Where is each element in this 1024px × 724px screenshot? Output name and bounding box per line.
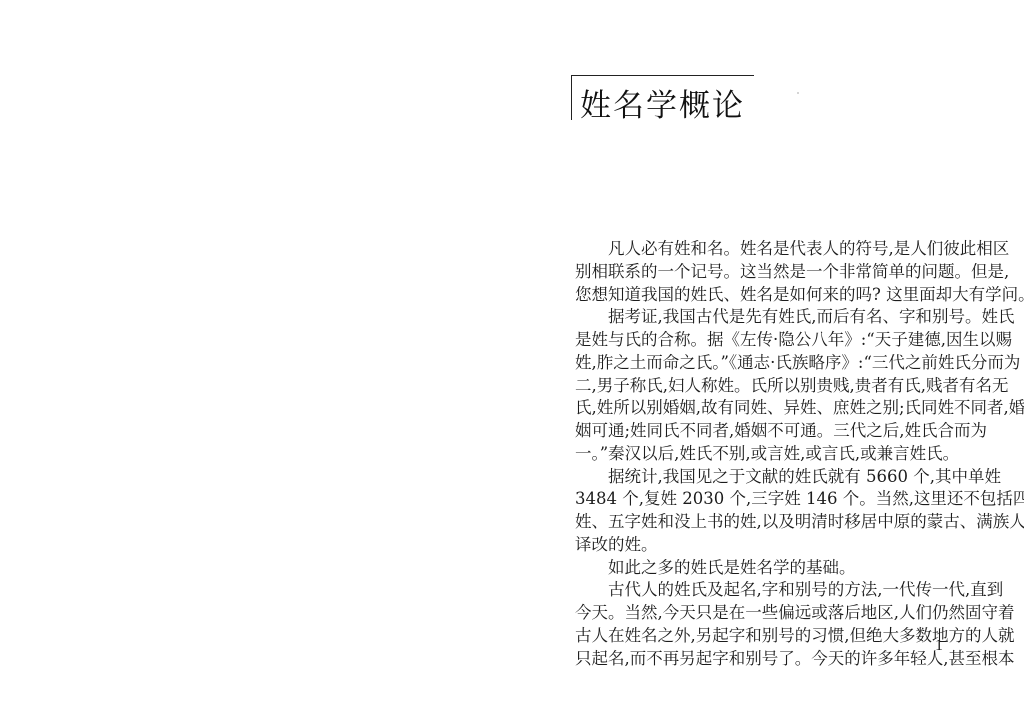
text-line: 据考证,我国古代是先有姓氏,而后有名、字和别号。姓氏 — [575, 306, 963, 329]
page-number: 1 — [935, 637, 943, 655]
text-line: 氏,姓所以别婚姻,故有同姓、异姓、庶姓之别;氏同姓不同者,婚 — [575, 397, 963, 420]
scan-speck — [705, 662, 707, 664]
text-line: 姓、五字姓和没上书的姓,以及明清时移居中原的蒙古、满族人 — [575, 511, 963, 534]
chapter-title-frame: 姓名学概论 — [571, 75, 754, 120]
scan-speck — [885, 651, 887, 653]
text-line: 3484 个,复姓 2030 个,三字姓 146 个。当然,这里还不包括四字 — [575, 488, 963, 511]
text-line: 古代人的姓氏及起名,字和别号的方法,一代传一代,直到 — [575, 579, 963, 602]
text-line: 如此之多的姓氏是姓名学的基础。 — [575, 557, 963, 580]
text-line: 您想知道我国的姓氏、姓名是如何来的吗? 这里面却大有学问。 — [575, 284, 963, 307]
text-line: 据统计,我国见之于文献的姓氏就有 5660 个,其中单姓 — [575, 466, 963, 489]
left-page-blank — [0, 0, 512, 724]
text-line: 姓,胙之土而命之氏。”《通志·氏族略序》:“三代之前姓氏分而为 — [575, 352, 963, 375]
text-line: 姻可通;姓同氏不同者,婚姻不可通。三代之后,姓氏合而为 — [575, 420, 963, 443]
text-line: 别相联系的一个记号。这当然是一个非常简单的问题。但是, — [575, 261, 963, 284]
chapter-title: 姓名学概论 — [580, 80, 745, 125]
text-line: 二,男子称氏,妇人称姓。氏所以别贵贱,贵者有氏,贱者有名无 — [575, 375, 963, 398]
book-spread: 姓名学概论 凡人必有姓和名。姓名是代表人的符号,是人们彼此相区别相联系的一个记号… — [0, 0, 1024, 724]
text-line: 古人在姓名之外,另起字和别号的习惯,但绝大多数地方的人就 — [575, 625, 963, 648]
scan-speck — [797, 92, 799, 94]
text-line: 是姓与氏的合称。据《左传·隐公八年》:“天子建德,因生以赐 — [575, 329, 963, 352]
text-line: 凡人必有姓和名。姓名是代表人的符号,是人们彼此相区 — [575, 238, 963, 261]
body-text: 凡人必有姓和名。姓名是代表人的符号,是人们彼此相区别相联系的一个记号。这当然是一… — [575, 238, 963, 670]
text-line: 只起名,而不再另起字和别号了。今天的许多年轻人,甚至根本 — [575, 648, 963, 671]
text-line: 一。”秦汉以后,姓氏不别,或言姓,或言氏,或兼言姓氏。 — [575, 443, 963, 466]
text-line: 译改的姓。 — [575, 534, 963, 557]
text-line: 今天。当然,今天只是在一些偏远或落后地区,人们仍然固守着 — [575, 602, 963, 625]
